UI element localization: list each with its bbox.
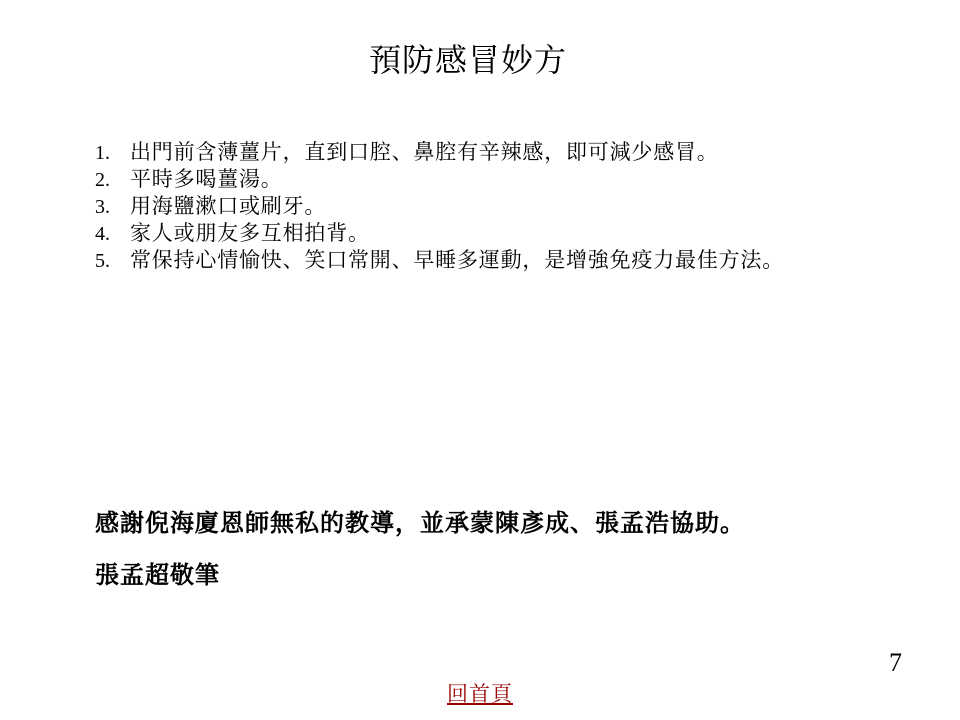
acknowledgement-text: 感謝倪海廈恩師無私的教導，並承蒙陳彥成、張孟浩協助。 [95, 506, 745, 540]
page-number: 7 [889, 647, 902, 679]
list-item: 5. 常保持心情愉快、笑口常開、早睡多運動，是增強免疫力最佳方法。 [95, 247, 875, 274]
list-item-number: 4. [95, 221, 130, 248]
list-item-number: 3. [95, 194, 130, 221]
list-item-text: 常保持心情愉快、笑口常開、早睡多運動，是增強免疫力最佳方法。 [130, 247, 784, 274]
list-item: 3. 用海鹽漱口或刷牙。 [95, 193, 875, 220]
list-item: 2. 平時多喝薑湯。 [95, 166, 875, 193]
presentation-slide: 預防感冒妙方 1. 出門前含薄薑片，直到口腔、鼻腔有辛辣感，即可減少感冒。 2.… [0, 0, 960, 720]
tip-list: 1. 出門前含薄薑片，直到口腔、鼻腔有辛辣感，即可減少感冒。 2. 平時多喝薑湯… [95, 139, 875, 274]
list-item-number: 5. [95, 248, 130, 275]
signature-text: 張孟超敬筆 [95, 558, 220, 592]
list-item-text: 家人或朋友多互相拍背。 [130, 220, 370, 247]
list-item-number: 2. [95, 167, 130, 194]
list-item-text: 用海鹽漱口或刷牙。 [130, 193, 326, 220]
list-item-text: 平時多喝薑湯。 [130, 166, 283, 193]
list-item-number: 1. [95, 140, 130, 167]
list-item-text: 出門前含薄薑片，直到口腔、鼻腔有辛辣感，即可減少感冒。 [130, 139, 719, 166]
list-item: 1. 出門前含薄薑片，直到口腔、鼻腔有辛辣感，即可減少感冒。 [95, 139, 875, 166]
home-link[interactable]: 回首頁 [447, 682, 513, 706]
footer: 回首頁 [0, 678, 960, 708]
list-item: 4. 家人或朋友多互相拍背。 [95, 220, 875, 247]
slide-title: 預防感冒妙方 [0, 40, 936, 80]
